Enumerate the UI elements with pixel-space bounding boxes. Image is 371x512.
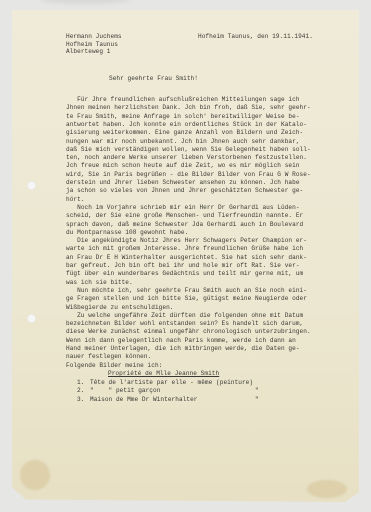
body-line: diese Werke zunächst einmal ungefähr chr…	[66, 328, 311, 336]
body-line: an Frau Dr E H Winterhalter ausgerichtet…	[66, 254, 307, 262]
body-line: derstein und Jhrer lieben Schwester anse…	[66, 179, 300, 187]
body-line: ge Fragen stellen und ich bitte Sie, güt…	[66, 295, 307, 303]
sender-street: Alberteweg 1	[66, 48, 110, 56]
background-shadow	[40, 0, 130, 4]
list-item-ditto: "	[255, 387, 259, 395]
body-line: sprach davon, daß meine Schwester Jda Ge…	[66, 221, 303, 229]
body-line: Folgende Bilder meine ich:	[66, 362, 162, 370]
list-item-text: " " petit garçon	[90, 387, 160, 395]
list-item-number: 2.	[77, 387, 84, 395]
body-line: du Montparnasse 108 gewohnt habe.	[66, 229, 188, 237]
body-line: Nun möchte ich, sehr geehrte Frau Smith …	[66, 287, 307, 295]
list-item-text: Tête de l'artiste par elle - même (peint…	[90, 379, 253, 387]
list-heading: Propriété de Mlle Jeanne Smith	[108, 370, 219, 378]
body-line: Wißbegierde zu entschuldigen.	[66, 304, 174, 312]
body-line: Jhnen meinen herzlichsten Dank. Jch bin …	[66, 104, 311, 112]
list-item-number: 1.	[77, 379, 84, 387]
list-item-text: Maison de Mme Dr Winterhalter	[90, 396, 198, 404]
body-line: Noch im Vorjahre schrieb mir ein Herr Dr…	[66, 204, 300, 212]
paper-stain	[307, 480, 347, 498]
paper-stain	[20, 460, 50, 490]
punch-hole-bottom	[27, 314, 36, 323]
list-item-number: 3.	[77, 396, 84, 404]
list-item-ditto: "	[255, 396, 259, 404]
body-line: nungen war mir noch unbekannt. Jch bin J…	[66, 138, 300, 146]
body-line: ten, noch andere Werke unserer lieben Ve…	[66, 154, 307, 162]
body-line: fügt über ein wunderbares Gedächtnis und…	[66, 270, 303, 278]
body-line: Zu welche ungefähre Zeit dürften die fol…	[66, 312, 303, 320]
body-line: Die angekündigte Notiz Jhres Herr Schwag…	[66, 237, 307, 245]
body-line: antwortet haben. Jch konnte ein ordentli…	[66, 121, 307, 129]
place-date: Hofheim Taunus, den 19.11.1941.	[198, 33, 313, 41]
body-line: gisierung weiterkommen. Eine ganze Anzah…	[66, 129, 303, 137]
body-line: scheid, der Sie eine große Menschen- und…	[66, 212, 303, 220]
body-line: nauer festlegen können.	[66, 353, 151, 361]
body-line: warte ich mit großem Jnteresse. Jhre fre…	[66, 245, 303, 253]
body-line: te Frau Smith, meine Anfrage in solch' b…	[66, 113, 300, 121]
body-line: Hand meiner Unterlagen, die ich mitbring…	[66, 345, 300, 353]
body-line: Wenn ich dann gelegentlich nach Paris ko…	[66, 337, 296, 345]
salutation: Sehr geehrte Frau Smith!	[109, 75, 198, 83]
body-line: wird, Sie in Paris begrüßen - die Bilder…	[66, 171, 311, 179]
body-line: Jch freue mich schon heute auf die Zeit,…	[66, 162, 300, 170]
body-line: ja schon so vieles von Jhnen und Jhrer g…	[66, 187, 303, 195]
body-line: bezeichneten Bilder wohl entstanden sein…	[66, 320, 303, 328]
body-line: bar gefreut. Jch bin oft bei ihr und hol…	[66, 262, 300, 270]
body-line: hört.	[66, 196, 85, 204]
body-line: was ich sie bitte.	[66, 279, 133, 287]
body-line: daß Sie mich verständigen wollen, wenn S…	[66, 146, 311, 154]
punch-hole-top	[27, 181, 36, 190]
body-line: Für Jhre freundlichen aufschlußreichen M…	[66, 96, 300, 104]
